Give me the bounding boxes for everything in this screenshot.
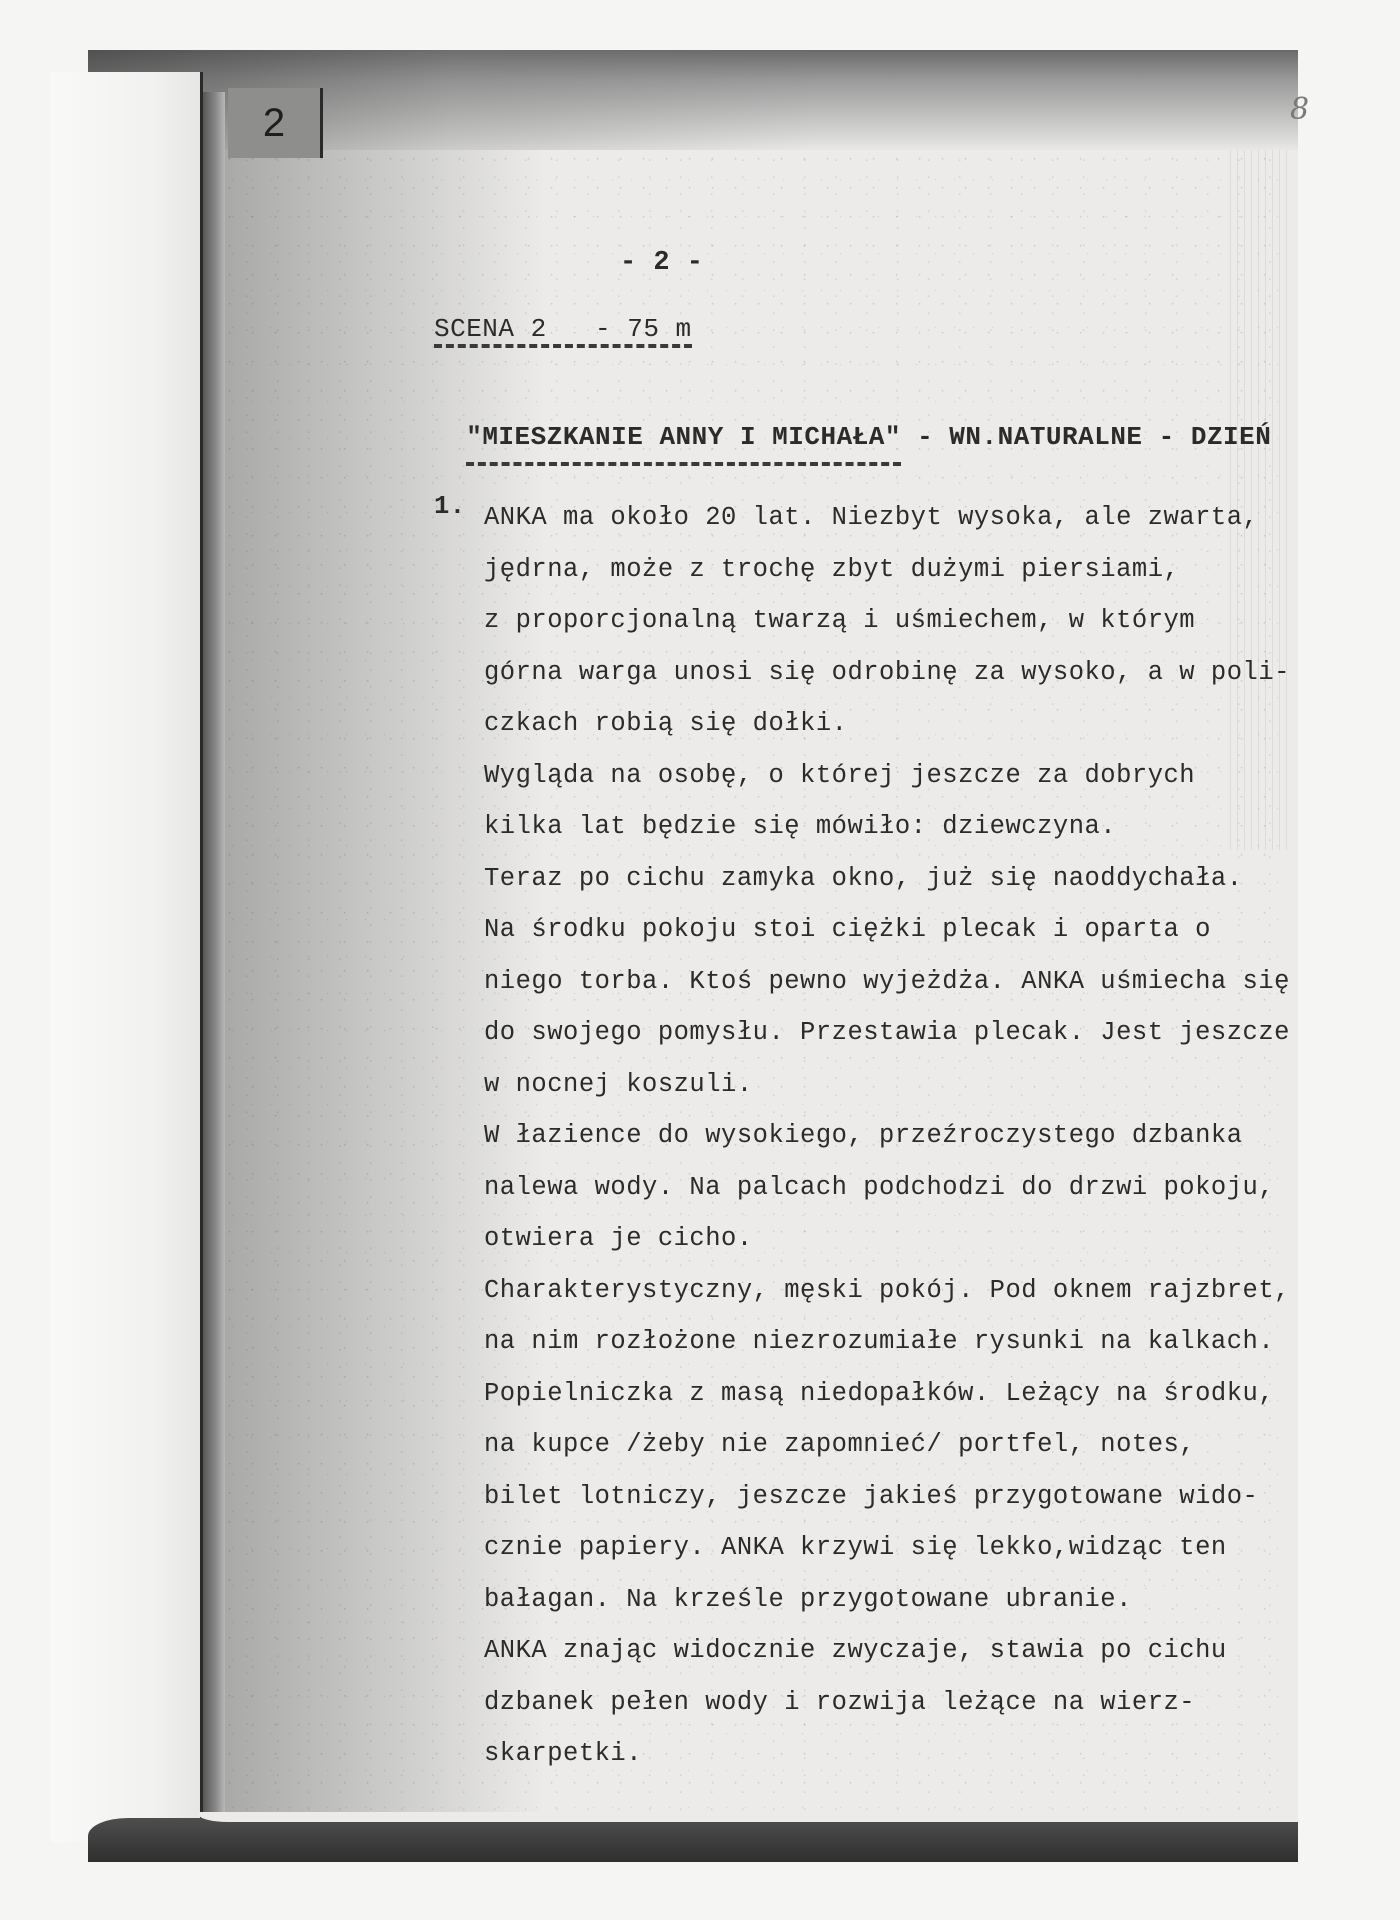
text-line: W łazience do wysokiego, przeźroczystego… bbox=[484, 1110, 1290, 1162]
text-line: kilka lat będzie się mówiło: dziewczyna. bbox=[484, 801, 1290, 853]
location-heading: "MIESZKANIE ANNY I MICHAŁA" - WN.NATURAL… bbox=[434, 392, 1271, 466]
text-line: ANKA znając widocznie zwyczaje, stawia p… bbox=[484, 1625, 1290, 1677]
text-line: ANKA ma około 20 lat. Niezbyt wysoka, al… bbox=[484, 492, 1290, 544]
flap-shadow bbox=[203, 92, 225, 1832]
handwritten-page-number: 8 bbox=[1290, 92, 1309, 127]
text-line: skarpetki. bbox=[484, 1728, 1290, 1780]
text-line: Popielniczka z masą niedopałków. Leżący … bbox=[484, 1368, 1290, 1420]
text-line: otwiera je cicho. bbox=[484, 1213, 1290, 1265]
page-tab-label: 2 bbox=[263, 101, 285, 146]
paragraph-number: 1. bbox=[434, 492, 484, 1780]
text-line: czkach robią się dołki. bbox=[484, 698, 1290, 750]
paragraph-1: 1. ANKA ma około 20 lat. Niezbyt wysoka,… bbox=[434, 492, 1284, 1780]
text-line: dzbanek pełen wody i rozwija leżące na w… bbox=[484, 1677, 1290, 1729]
text-line: Charakterystyczny, męski pokój. Pod okne… bbox=[484, 1265, 1290, 1317]
page-tab: 2 bbox=[228, 88, 323, 158]
text-line: w nocnej koszuli. bbox=[484, 1059, 1290, 1111]
location-title: "MIESZKANIE ANNY I MICHAŁA" bbox=[466, 422, 901, 466]
page-number-heading: - 2 - bbox=[620, 248, 704, 278]
text-line: na kupce /żeby nie zapomnieć/ portfel, n… bbox=[484, 1419, 1290, 1471]
folded-margin-flap bbox=[50, 72, 203, 1842]
text-line: Wygląda na osobę, o której jeszcze za do… bbox=[484, 750, 1290, 802]
location-details: - WN.NATURALNE - DZIEŃ bbox=[901, 422, 1271, 452]
text-line: do swojego pomysłu. Przestawia plecak. J… bbox=[484, 1007, 1290, 1059]
text-line: bałagan. Na krześle przygotowane ubranie… bbox=[484, 1574, 1290, 1626]
scene-heading: SCENA 2 - 75 m bbox=[434, 314, 692, 348]
text-line: górna warga unosi się odrobinę za wysoko… bbox=[484, 647, 1290, 699]
text-line: na nim rozłożone niezrozumiałe rysunki n… bbox=[484, 1316, 1290, 1368]
text-line: Teraz po cichu zamyka okno, już się naod… bbox=[484, 853, 1290, 905]
text-line: jędrna, może z trochę zbyt dużymi piersi… bbox=[484, 544, 1290, 596]
text-line: Na środku pokoju stoi ciężki plecak i op… bbox=[484, 904, 1290, 956]
text-line: niego torba. Ktoś pewno wyjeżdża. ANKA u… bbox=[484, 956, 1290, 1008]
text-line: nalewa wody. Na palcach podchodzi do drz… bbox=[484, 1162, 1290, 1214]
text-line: z proporcjonalną twarzą i uśmiechem, w k… bbox=[484, 595, 1290, 647]
text-line: cznie papiery. ANKA krzywi się lekko,wid… bbox=[484, 1522, 1290, 1574]
text-line: bilet lotniczy, jeszcze jakieś przygotow… bbox=[484, 1471, 1290, 1523]
copier-bottom-band bbox=[88, 1818, 1298, 1862]
paragraph-lines: ANKA ma około 20 lat. Niezbyt wysoka, al… bbox=[484, 492, 1290, 1780]
scene-description: 1. ANKA ma około 20 lat. Niezbyt wysoka,… bbox=[434, 492, 1284, 1780]
